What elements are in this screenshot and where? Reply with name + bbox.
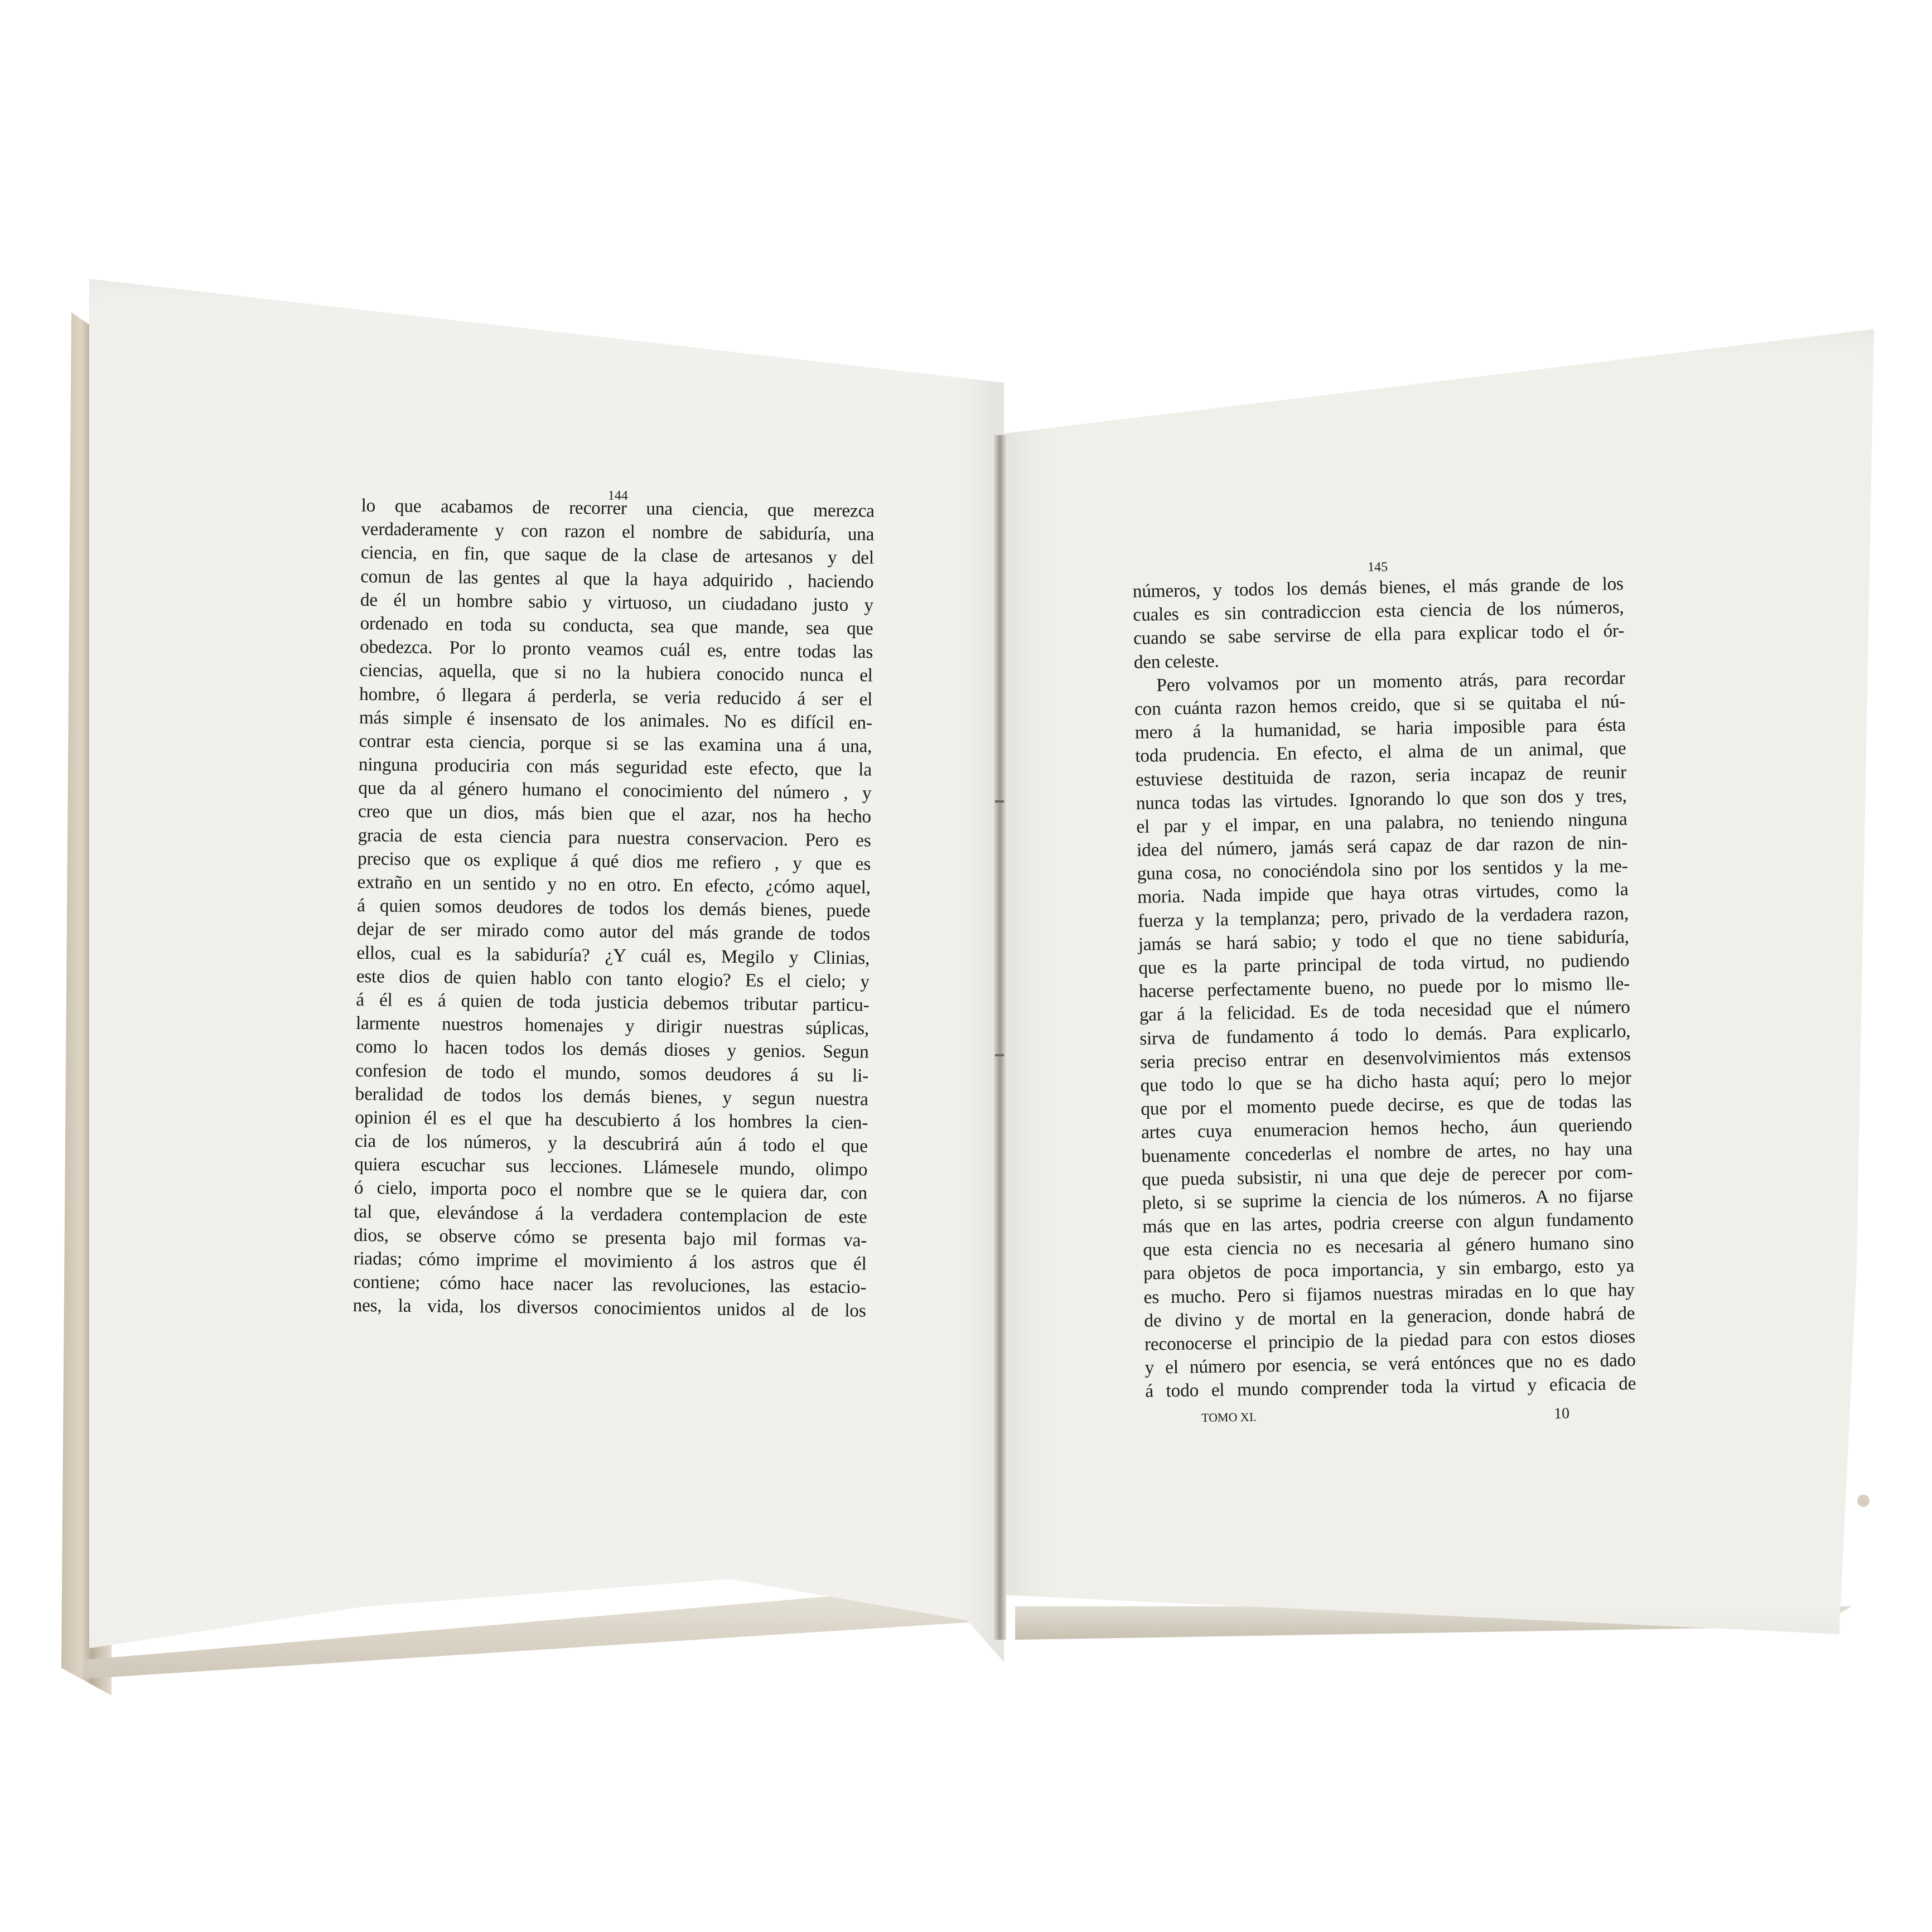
binding-stitch bbox=[995, 800, 1004, 803]
right-page-lines: números, y todos los demás bienes, el má… bbox=[1132, 572, 1636, 1403]
volume-label: TOMO XI. bbox=[1201, 1409, 1257, 1428]
left-page-lines: lo que acabamos de recorrer una ciencia,… bbox=[352, 491, 874, 1323]
left-page-text: 144 lo que acabamos de recorrer una cien… bbox=[352, 491, 874, 1323]
paper-stain bbox=[1857, 1495, 1870, 1507]
right-page-text: 145 números, y todos los demás bienes, e… bbox=[1132, 556, 1636, 1429]
book-gutter bbox=[994, 435, 1006, 1640]
binding-stitch bbox=[995, 1054, 1004, 1056]
open-book-photo: 144 lo que acabamos de recorrer una cien… bbox=[0, 0, 1932, 1932]
signature-mark: 10 bbox=[1554, 1404, 1569, 1422]
